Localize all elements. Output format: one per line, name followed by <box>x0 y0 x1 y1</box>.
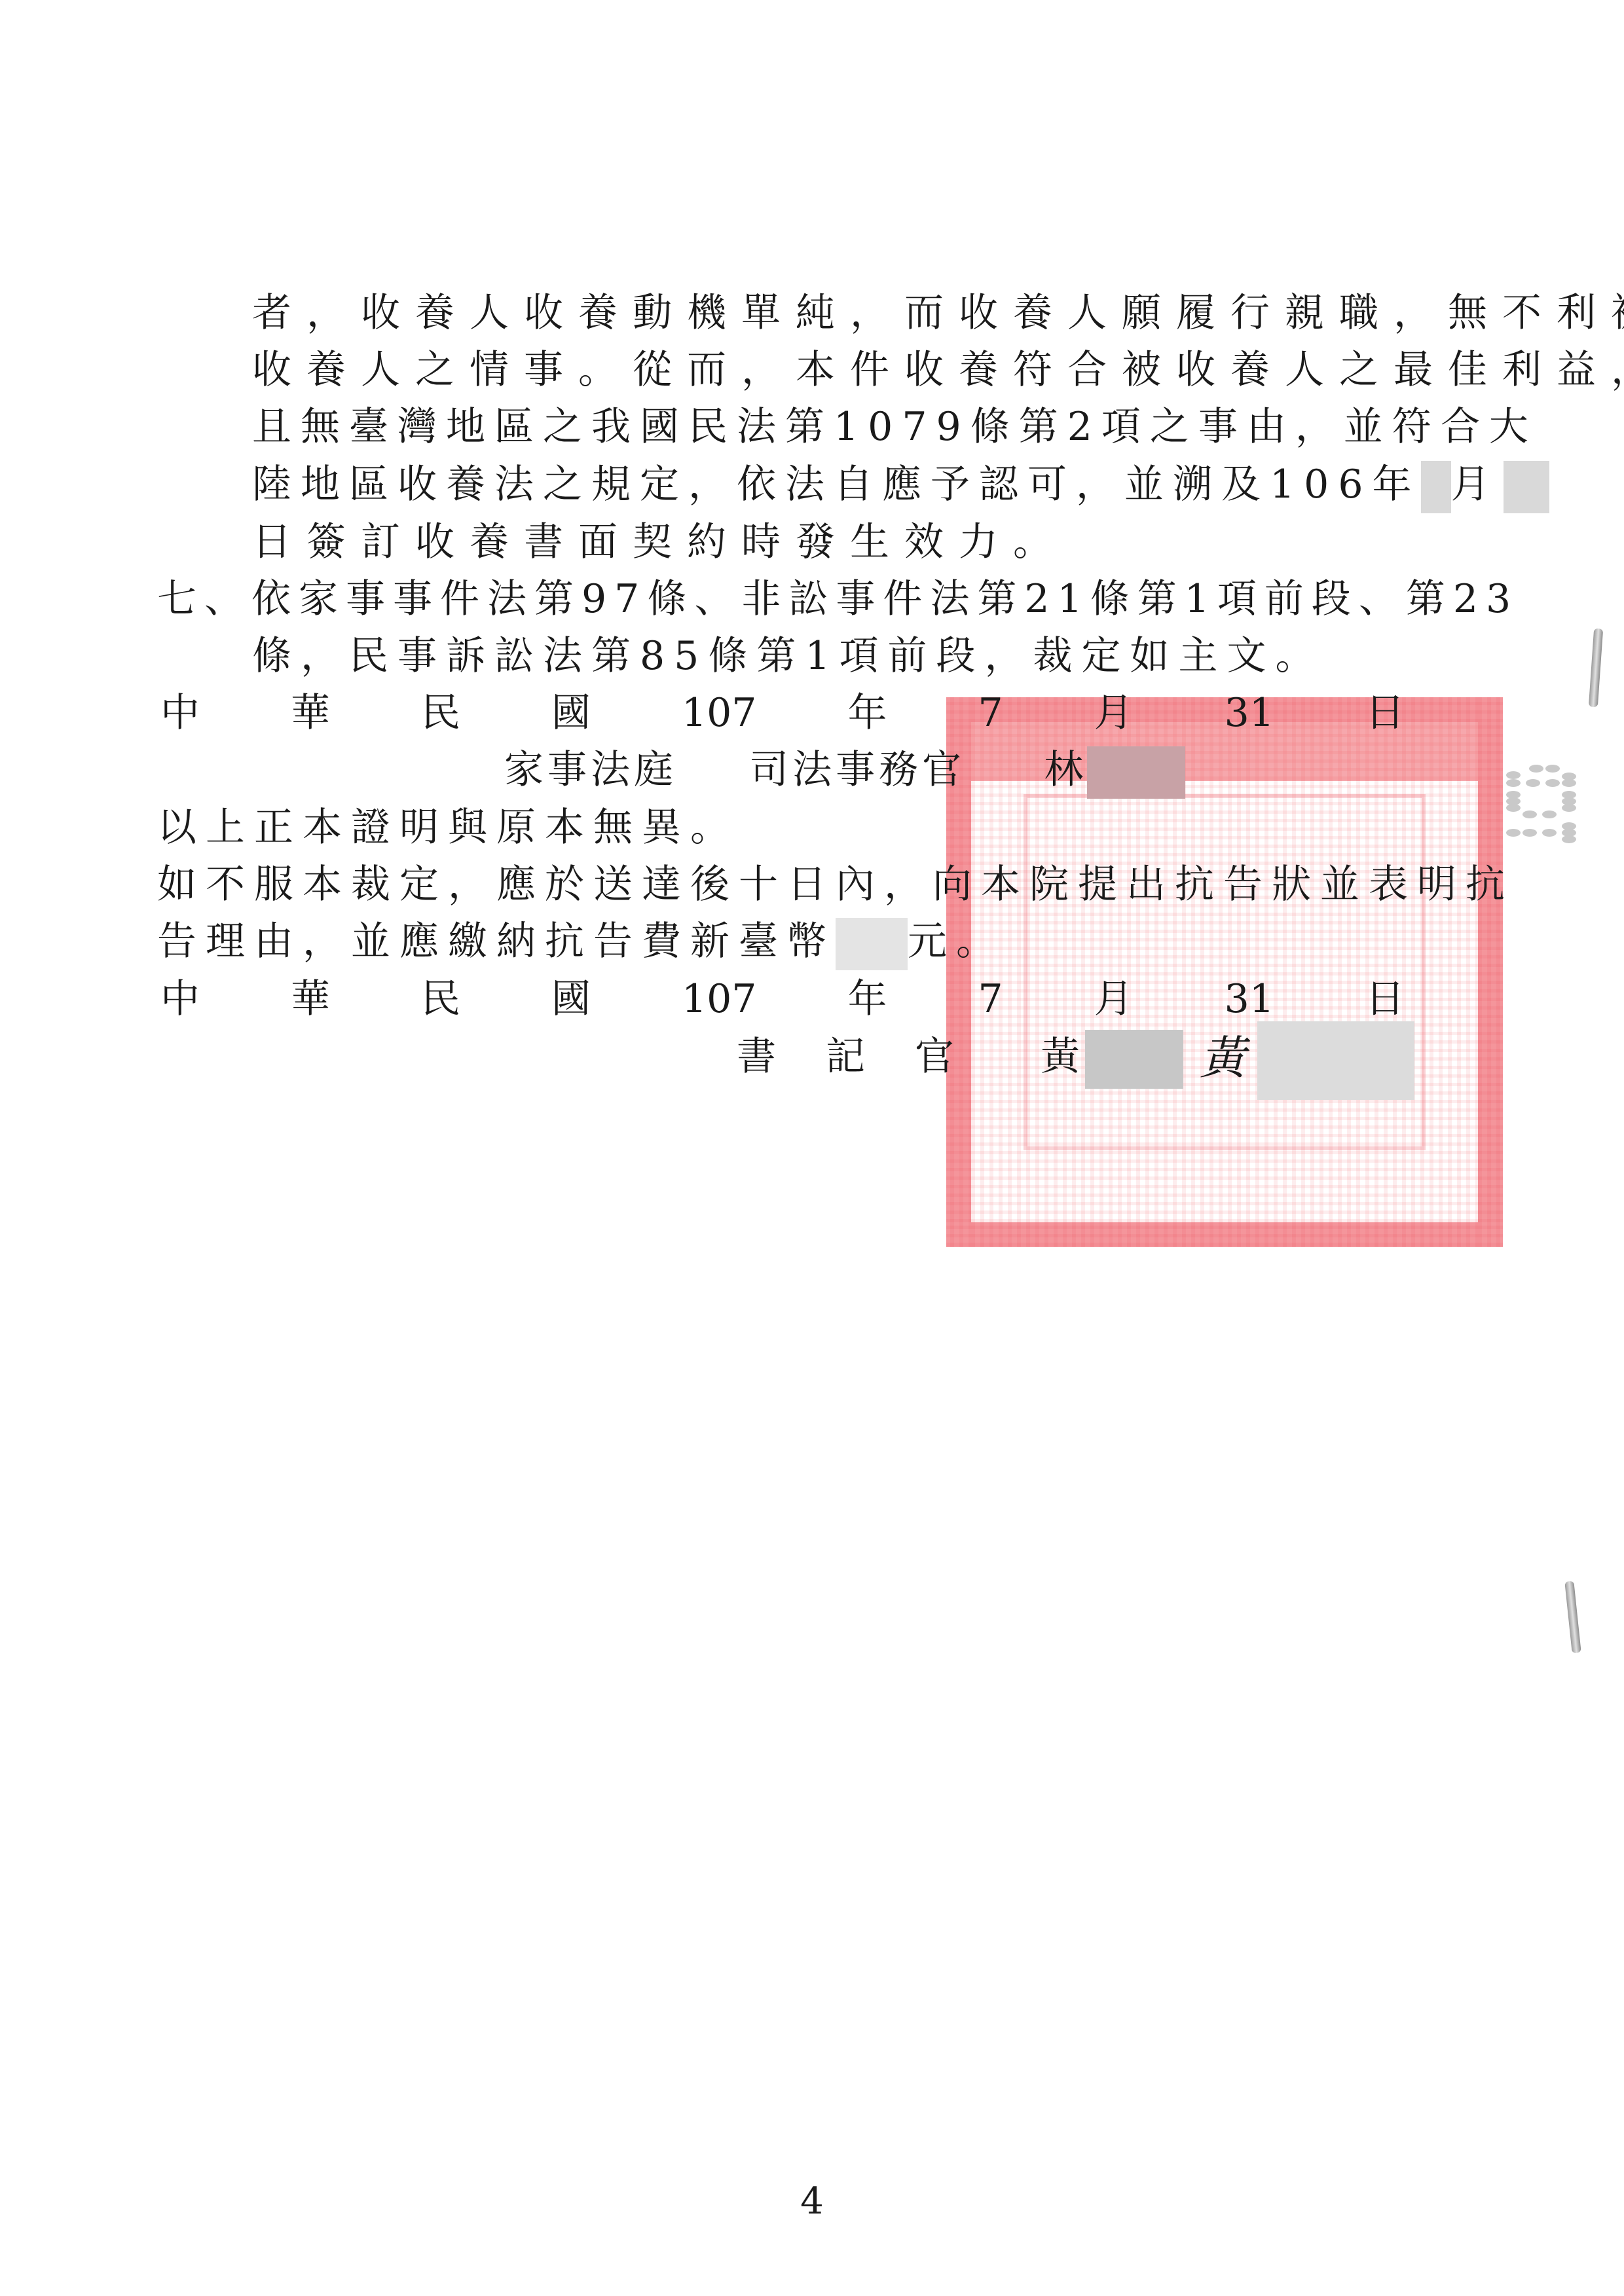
date-month-value: 7 <box>978 684 1003 742</box>
redacted-officer-name <box>1087 746 1185 799</box>
date-hua: 華 <box>291 684 330 742</box>
date-month-label: 月 <box>1094 970 1134 1028</box>
date-day-label: 日 <box>1365 970 1405 1028</box>
month-char: 月 <box>1451 462 1500 507</box>
judicial-officer-surname: 林 <box>1044 747 1087 793</box>
date-hua: 華 <box>291 970 330 1028</box>
body-line-3: 且無臺灣地區之我國民法第1079條第2項之事由，並符合大 <box>252 398 1538 456</box>
signature-1: 家事法庭 司法事務官 林 <box>504 741 1185 799</box>
paragraph-seven-line-1: 七、依家事事件法第97條、非訟事件法第21條第1項前段、第23 <box>157 570 1519 628</box>
date-line-1: 中 華 民 國 107 年 7 月 31 日 <box>160 684 1405 742</box>
redacted-fee-amount <box>836 918 908 970</box>
body-line-4-text: 陸地區收養法之規定，依法自應予認可，並溯及106年 <box>252 462 1421 507</box>
page-number: 4 <box>0 2180 1624 2223</box>
date-month-label: 月 <box>1094 684 1134 742</box>
date-line-2: 中 華 民 國 107 年 7 月 31 日 <box>160 970 1405 1028</box>
body-line-1: 者，收養人收養動機單純，而收養人願履行親職，無不利被 <box>252 284 1624 342</box>
date-year-value: 107 <box>682 684 757 742</box>
date-guo: 國 <box>551 684 591 742</box>
currency-unit: 元。 <box>908 919 1005 964</box>
clerk-title: 書 記 官 <box>737 1034 959 1080</box>
court-division: 家事法庭 <box>504 747 677 793</box>
date-year-label: 年 <box>847 970 887 1028</box>
appeal-notice-line-1: 如不服本裁定，應於送達後十日內，向本院提出抗告狀並表明抗 <box>157 856 1514 913</box>
redacted-day <box>1504 461 1549 513</box>
clerk-surname: 黃 <box>1041 1034 1085 1080</box>
staple-mark-top <box>1589 629 1603 708</box>
appeal-notice-text: 告理由，並應繳納抗告費新臺幣 <box>157 919 836 964</box>
body-line-5: 日簽訂收養書面契約時發生效力。 <box>252 513 1067 571</box>
date-min: 民 <box>421 684 460 742</box>
date-year-label: 年 <box>847 684 887 742</box>
redacted-clerk-name <box>1085 1030 1183 1089</box>
signature-2: 書 記 官 黃 <box>737 1028 1183 1089</box>
body-line-2: 收養人之情事。從而，本件收養符合被收養人之最佳利益， <box>252 341 1624 399</box>
date-month-value: 7 <box>978 970 1003 1028</box>
date-day-value: 31 <box>1225 970 1274 1028</box>
date-zhong: 中 <box>160 684 200 742</box>
appeal-notice-line-2: 告理由，並應繳納抗告費新臺幣元。 <box>157 913 1005 970</box>
date-guo: 國 <box>551 970 591 1028</box>
certification-statement: 以上正本證明與原本無異。 <box>157 799 739 856</box>
redacted-signature <box>1257 1021 1414 1100</box>
date-day-label: 日 <box>1365 684 1405 742</box>
redacted-month <box>1421 461 1451 513</box>
paragraph-seven-line-2: 條，民事訴訟法第85條第1項前段，裁定如主文。 <box>252 627 1324 685</box>
handwritten-signature: 黃 <box>1200 1021 1246 1087</box>
staple-mark-bottom <box>1564 1581 1581 1654</box>
date-day-value: 31 <box>1225 684 1274 742</box>
date-year-value: 107 <box>682 970 757 1028</box>
judicial-officer-title: 司法事務官 <box>749 747 965 793</box>
date-min: 民 <box>421 970 460 1028</box>
body-line-4: 陸地區收養法之規定，依法自應予認可，並溯及106年月 <box>252 456 1549 513</box>
date-zhong: 中 <box>160 970 200 1028</box>
